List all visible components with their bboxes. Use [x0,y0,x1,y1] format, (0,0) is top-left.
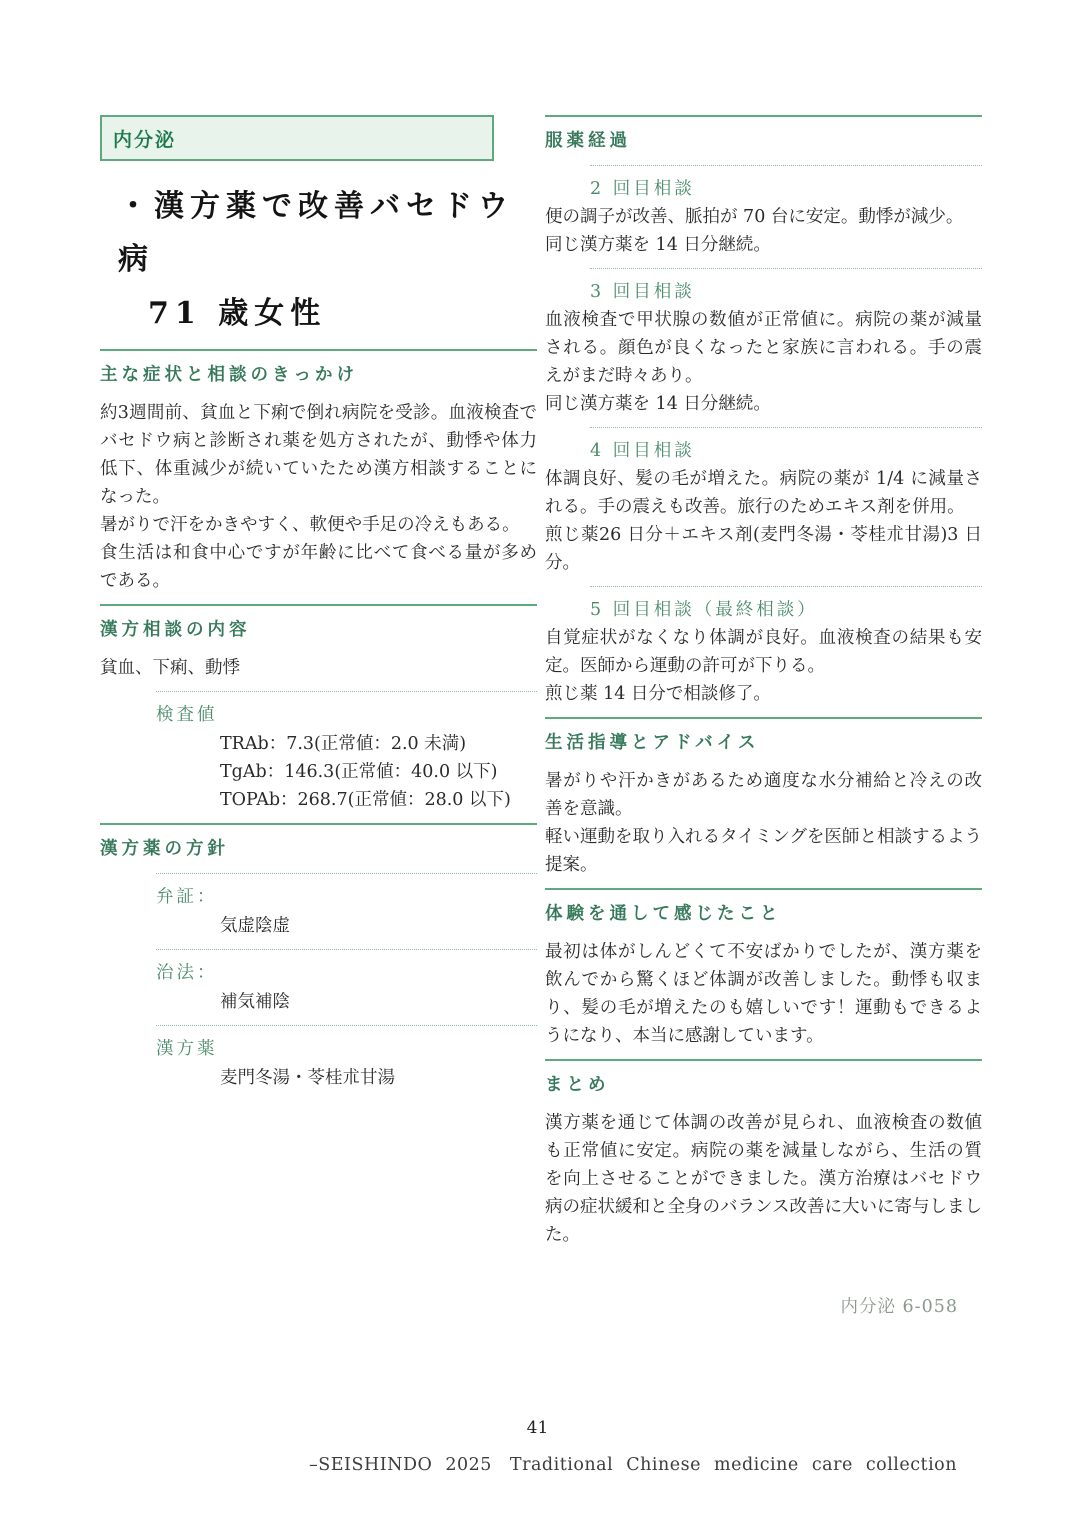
visit-5-paragraph-2: 煎じ薬 14 日分で相談修了。 [545,680,982,708]
summary-paragraph: 漢方薬を通じて体調の改善が見られ、血液検査の数値も正常値に安定。病院の薬を減量し… [545,1109,982,1249]
subsection-kampo: 漢方薬 麦門冬湯・苓桂朮甘湯 [156,1025,537,1092]
case-title-line-1: ・漢方薬で改善バセドウ病 [118,189,514,277]
visit-5-rule: 5 回目相談（最終相談） [590,586,982,621]
guidance-paragraph-2: 軽い運動を取り入れるタイミングを医師と相談するよう提案。 [545,823,982,879]
visit-2-body: 便の調子が改善、脈拍が 70 台に安定。動悸が減少。 同じ漢方薬を 14 日分継… [545,203,982,259]
section-experience: 体験を通して感じたこと 最初は体がしんどくて不安ばかりでしたが、漢方薬を飲んでか… [545,888,982,1050]
visit-2-paragraph-1: 便の調子が改善、脈拍が 70 台に安定。動悸が減少。 [545,203,982,231]
visit-3: 3 回目相談 血液検査で甲状腺の数値が正常値に。病院の薬が減量される。顔色が良く… [545,268,982,418]
lab-value-trab: TRAb：7.3(正常値：2.0 未満) [220,730,537,758]
section-heading-course: 服薬経過 [545,115,982,152]
visit-2-paragraph-2: 同じ漢方薬を 14 日分継続。 [545,231,982,259]
visit-2-label: 2 回目相談 [590,175,982,200]
visit-5-paragraph-1: 自覚症状がなくなり体調が良好。血液検査の結果も安定。医師から運動の許可が下りる。 [545,624,982,680]
page-number: 41 [0,1418,1075,1438]
visit-3-paragraph-1: 血液検査で甲状腺の数値が正常値に。病院の薬が減量される。顔色が良くなったと家族に… [545,306,982,390]
section-consult: 漢方相談の内容 貧血、下痢、動悸 検査値 TRAb：7.3(正常値：2.0 未満… [100,604,537,814]
visit-4: 4 回目相談 体調良好、髪の毛が増えた。病院の薬が 1/4 に減量される。手の震… [545,427,982,577]
visit-4-paragraph-2: 煎じ薬26 日分＋エキス剤(麦門冬湯・苓桂朮甘湯)3 日分。 [545,521,982,577]
section-course: 服薬経過 2 回目相談 便の調子が改善、脈拍が 70 台に安定。動悸が減少。 同… [545,115,982,708]
symptoms-paragraph-1: 約3週間前、貧血と下痢で倒れ病院を受診。血液検査でバセドウ病と診断され薬を処方さ… [100,399,537,511]
section-summary: まとめ 漢方薬を通じて体調の改善が見られ、血液検査の数値も正常値に安定。病院の薬… [545,1059,982,1318]
visit-5-body: 自覚症状がなくなり体調が良好。血液検査の結果も安定。医師から運動の許可が下りる。… [545,624,982,708]
visit-4-paragraph-1: 体調良好、髪の毛が増えた。病院の薬が 1/4 に減量される。手の震えも改善。旅行… [545,465,982,521]
visit-3-paragraph-2: 同じ漢方薬を 14 日分継続。 [545,390,982,418]
visit-4-rule: 4 回目相談 [590,427,982,462]
case-id: 内分泌 6-058 [545,1293,982,1318]
kampo-label: 漢方薬 [156,1035,537,1060]
document-page: 内分泌 ・漢方薬で改善バセドウ病 71 歳女性 主な症状と相談のきっかけ 約3週… [0,0,1075,1518]
section-heading-symptoms: 主な症状と相談のきっかけ [100,349,537,386]
bensho-label: 弁証： [156,883,537,908]
experience-paragraph: 最初は体がしんどくて不安ばかりでしたが、漢方薬を飲んでから驚くほど体調が改善しま… [545,938,982,1050]
visit-2: 2 回目相談 便の調子が改善、脈拍が 70 台に安定。動悸が減少。 同じ漢方薬を… [545,165,982,259]
bensho-value: 気虚陰虚 [220,912,537,940]
guidance-paragraph-1: 暑がりや汗かきがあるため適度な水分補給と冷えの改善を意識。 [545,767,982,823]
visit-3-label: 3 回目相談 [590,278,982,303]
subsection-chiho: 治法： 補気補陰 [156,949,537,1016]
visit-5-label: 5 回目相談（最終相談） [590,596,982,621]
lab-value-topab: TOPAb：268.7(正常値：28.0 以下) [220,786,537,814]
chiho-value: 補気補陰 [220,988,537,1016]
visit-2-rule: 2 回目相談 [590,165,982,200]
section-heading-experience: 体験を通して感じたこと [545,888,982,925]
section-heading-guidance: 生活指導とアドバイス [545,717,982,754]
visit-3-body: 血液検査で甲状腺の数値が正常値に。病院の薬が減量される。顔色が良くなったと家族に… [545,306,982,418]
subsection-labs: 検査値 TRAb：7.3(正常値：2.0 未満) TgAb：146.3(正常値：… [156,691,537,814]
section-symptoms: 主な症状と相談のきっかけ 約3週間前、貧血と下痢で倒れ病院を受診。血液検査でバセ… [100,349,537,595]
category-badge: 内分泌 [100,115,494,161]
case-title: ・漢方薬で改善バセドウ病 71 歳女性 [118,180,537,340]
section-policy: 漢方薬の方針 弁証： 気虚陰虚 治法： 補気補陰 漢方薬 麦門冬湯・苓桂朮甘湯 [100,823,537,1092]
section-guidance: 生活指導とアドバイス 暑がりや汗かきがあるため適度な水分補給と冷えの改善を意識。… [545,717,982,879]
chief-complaints: 貧血、下痢、動悸 [100,654,537,682]
case-title-line-2: 71 歳女性 [148,287,537,340]
symptoms-paragraph-3: 食生活は和食中心ですが年齢に比べて食べる量が多めである。 [100,539,537,595]
section-heading-summary: まとめ [545,1059,982,1096]
section-heading-consult: 漢方相談の内容 [100,604,537,641]
category-label: 内分泌 [113,125,176,152]
visit-3-rule: 3 回目相談 [590,268,982,303]
labs-heading: 検査値 [156,701,537,726]
imprint: –SEISHINDO 2025 Traditional Chinese medi… [309,1451,957,1476]
right-column: 服薬経過 2 回目相談 便の調子が改善、脈拍が 70 台に安定。動悸が減少。 同… [545,115,982,1318]
section-heading-policy: 漢方薬の方針 [100,823,537,860]
lab-values: TRAb：7.3(正常値：2.0 未満) TgAb：146.3(正常値：40.0… [220,730,537,814]
kampo-value: 麦門冬湯・苓桂朮甘湯 [220,1064,537,1092]
visit-5: 5 回目相談（最終相談） 自覚症状がなくなり体調が良好。血液検査の結果も安定。医… [545,586,982,708]
visit-4-label: 4 回目相談 [590,437,982,462]
visit-4-body: 体調良好、髪の毛が増えた。病院の薬が 1/4 に減量される。手の震えも改善。旅行… [545,465,982,577]
left-column: 内分泌 ・漢方薬で改善バセドウ病 71 歳女性 主な症状と相談のきっかけ 約3週… [100,115,537,1092]
subsection-bensho: 弁証： 気虚陰虚 [156,873,537,940]
chiho-label: 治法： [156,959,537,984]
lab-value-tgab: TgAb：146.3(正常値：40.0 以下) [220,758,537,786]
symptoms-paragraph-2: 暑がりで汗をかきやすく、軟便や手足の冷えもある。 [100,511,537,539]
